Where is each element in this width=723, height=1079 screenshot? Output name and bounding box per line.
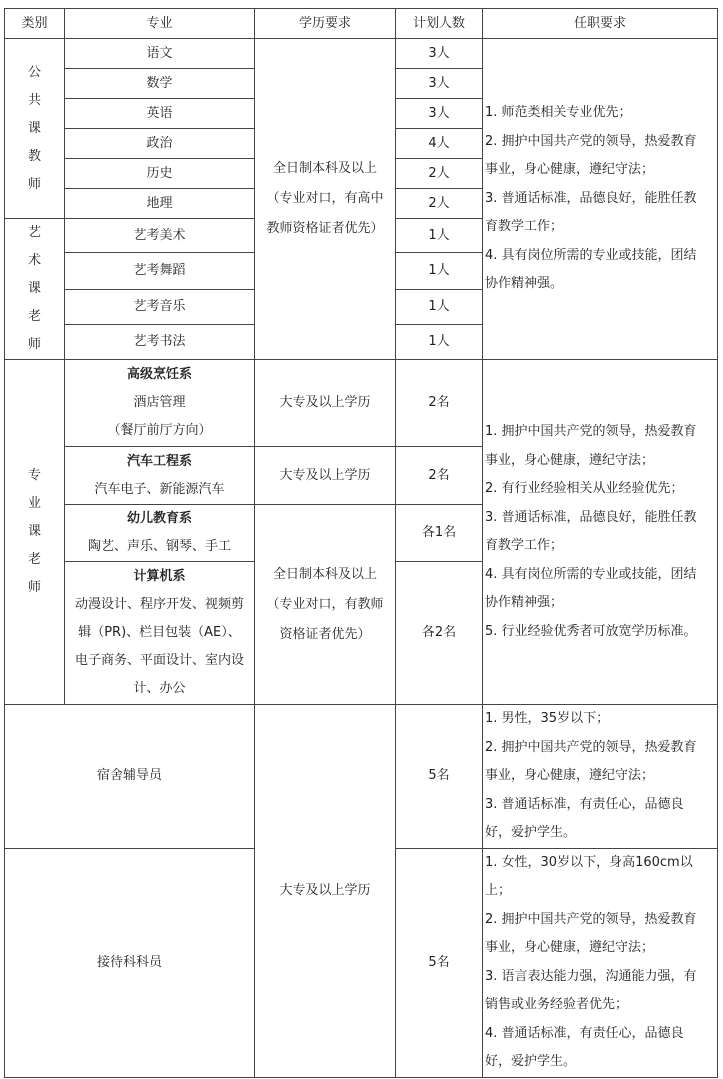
category-public-course: 公共课教师 — [5, 39, 65, 219]
subject-name: 数学 — [65, 69, 255, 99]
table-row: 公共课教师 语文 全日制本科及以上（专业对口，有高中教师资格证者优先） 3人 1… — [5, 39, 718, 69]
subject-name: 艺考书法 — [65, 325, 255, 360]
subject-count: 4人 — [396, 129, 483, 159]
table-row: 专业课老师 高级烹饪系 酒店管理 （餐厅前厅方向） 大专及以上学历 2名 1. … — [5, 360, 718, 447]
subject-count: 2人 — [396, 159, 483, 189]
position-dorm-counselor: 宿舍辅导员 — [5, 705, 255, 849]
subject-name: 历史 — [65, 159, 255, 189]
reception-staff-requirements: 1. 女性，30岁以下，身高160cm以上；2. 拥护中国共产党的领导，热爱教育… — [483, 848, 718, 1077]
recruitment-table: 类别 专业 学历要求 计划人数 任职要求 公共课教师 语文 全日制本科及以上（专… — [4, 8, 718, 1078]
subject-name: 艺考音乐 — [65, 290, 255, 325]
header-category: 类别 — [5, 9, 65, 39]
subject-name: 政治 — [65, 129, 255, 159]
department-computer: 计算机系 动漫设计、程序开发、视频剪 辑（PR)、栏目包装（AE）、 电子商务、… — [65, 562, 255, 705]
subject-count: 1人 — [396, 325, 483, 360]
count-dorm-counselor: 5名 — [396, 705, 483, 849]
subject-count: 3人 — [396, 99, 483, 129]
count-cooking: 2名 — [396, 360, 483, 447]
subject-count: 2人 — [396, 189, 483, 219]
department-cooking: 高级烹饪系 酒店管理 （餐厅前厅方向） — [65, 360, 255, 447]
table-row: 宿舍辅导员 大专及以上学历 5名 1. 男性，35岁以下；2. 拥护中国共产党的… — [5, 705, 718, 849]
count-early-education: 各1名 — [396, 505, 483, 562]
header-requirements: 任职要求 — [483, 9, 718, 39]
header-count: 计划人数 — [396, 9, 483, 39]
subject-count: 1人 — [396, 219, 483, 253]
count-automotive: 2名 — [396, 447, 483, 505]
teacher-education: 全日制本科及以上（专业对口，有高中教师资格证者优先） — [255, 39, 396, 360]
department-early-education: 幼儿教育系 陶艺、声乐、钢琴、手工 — [65, 505, 255, 562]
staff-education: 大专及以上学历 — [255, 705, 396, 1078]
subject-count: 3人 — [396, 39, 483, 69]
subject-name: 地理 — [65, 189, 255, 219]
category-professional-course: 专业课老师 — [5, 360, 65, 705]
category-art-course: 艺术课老师 — [5, 219, 65, 360]
count-reception-staff: 5名 — [396, 848, 483, 1077]
subject-count: 1人 — [396, 253, 483, 290]
subject-count: 3人 — [396, 69, 483, 99]
header-major: 专业 — [65, 9, 255, 39]
count-computer: 各2名 — [396, 562, 483, 705]
position-reception-staff: 接待科科员 — [5, 848, 255, 1077]
professional-requirements: 1. 拥护中国共产党的领导，热爱教育事业，身心健康，遵纪守法；2. 有行业经验相… — [483, 360, 718, 705]
education-cooking: 大专及以上学历 — [255, 360, 396, 447]
subject-count: 1人 — [396, 290, 483, 325]
dorm-counselor-requirements: 1. 男性，35岁以下；2. 拥护中国共产党的领导，热爱教育事业，身心健康，遵纪… — [483, 705, 718, 849]
department-automotive: 汽车工程系 汽车电子、新能源汽车 — [65, 447, 255, 505]
header-row: 类别 专业 学历要求 计划人数 任职要求 — [5, 9, 718, 39]
education-shared: 全日制本科及以上（专业对口，有教师资格证者优先） — [255, 505, 396, 705]
education-automotive: 大专及以上学历 — [255, 447, 396, 505]
subject-name: 艺考美术 — [65, 219, 255, 253]
teacher-requirements: 1. 师范类相关专业优先；2. 拥护中国共产党的领导，热爱教育事业，身心健康，遵… — [483, 39, 718, 360]
header-education: 学历要求 — [255, 9, 396, 39]
subject-name: 艺考舞蹈 — [65, 253, 255, 290]
subject-name: 英语 — [65, 99, 255, 129]
subject-name: 语文 — [65, 39, 255, 69]
